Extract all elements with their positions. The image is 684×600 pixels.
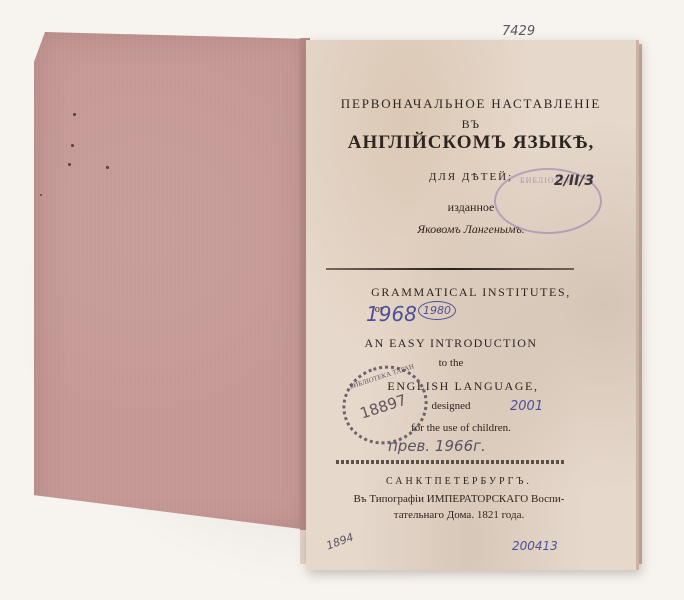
- pink-cover: [34, 32, 309, 530]
- author: Яковомъ Лангенымъ.: [306, 222, 636, 237]
- stamp-number: 18897: [358, 391, 409, 423]
- foxing-spot: [68, 163, 71, 166]
- foxing-spot: [73, 113, 76, 116]
- foxing-spot: [106, 166, 109, 169]
- imprint-line1: Въ Типографіи ИМПЕРАТОРСКАГО Воспи-: [294, 493, 624, 505]
- shelf-mark: 2/II/3: [554, 173, 594, 189]
- english-to-the: to the: [286, 357, 616, 369]
- title-page: ПЕРВОНАЧАЛЬНОЕ НАСТАВЛЕНІЕ ВЪ АНГЛІЙСКОМ…: [306, 40, 639, 570]
- divider-line: [326, 268, 574, 270]
- top-right-number: 7429: [502, 24, 535, 39]
- russian-title-line3: АНГЛІЙСКОМЪ ЯЗЫКѢ,: [306, 132, 636, 154]
- bottom-right-number: 200413: [512, 539, 558, 553]
- english-designed: designed: [286, 400, 616, 412]
- russian-title-line1: ПЕРВОНАЧАЛЬНОЕ НАСТАВЛЕНІЕ: [306, 96, 636, 112]
- imprint-city: САНКТПЕТЕРБУРГЪ.: [294, 476, 624, 487]
- year-blue-circled: 1980: [418, 301, 456, 320]
- pencil-note: прев. 1966г.: [388, 437, 486, 455]
- wavy-divider: [336, 460, 566, 464]
- english-title-line1: GRAMMATICAL INSTITUTES,: [306, 285, 636, 300]
- imprint-line2: тательнаго Дома. 1821 года.: [294, 509, 624, 521]
- russian-title-line2: ВЪ: [306, 117, 636, 132]
- year-blue-1: 1968: [366, 302, 417, 326]
- foxing-spot: [71, 144, 74, 147]
- number-2001: 2001: [510, 399, 543, 414]
- bottom-left-pencil: 1894: [325, 531, 356, 553]
- english-title-line2: AN EASY INTRODUCTION: [286, 336, 616, 351]
- foxing-spot: [40, 194, 42, 196]
